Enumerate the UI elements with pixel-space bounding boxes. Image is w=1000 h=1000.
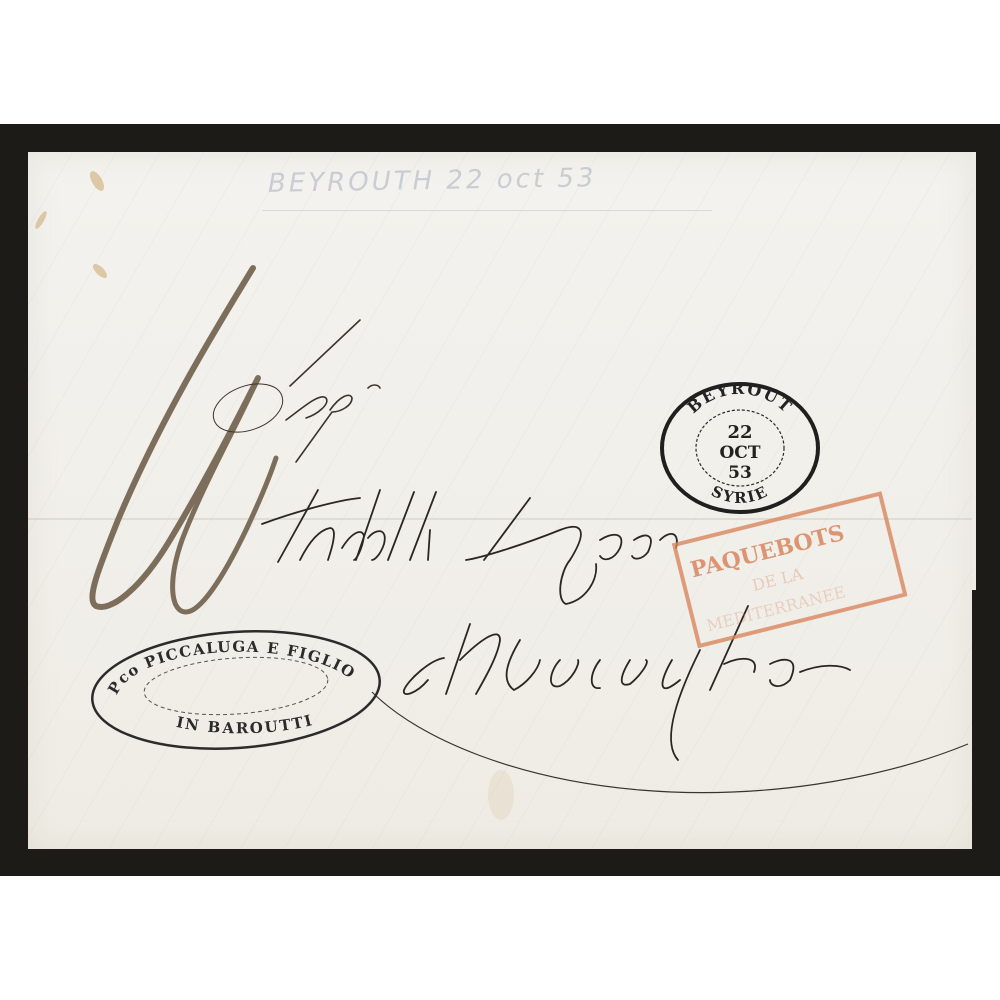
paquebots-boxed-stamp: PAQUEBOTS DE LA MEDITERRANEE xyxy=(668,478,908,648)
city-text: Marsiglia xyxy=(0,0,1,1)
salutation-text: Sig.ri xyxy=(0,0,1,1)
oval-stamp-top-text: Pco PICCALUGA E FIGLIO xyxy=(104,638,359,698)
boxed-stamp-line2: DE LA xyxy=(750,564,805,595)
oval-stamp-bottom-text: IN BAROUTTI xyxy=(175,711,316,737)
datestamp-day: 22 xyxy=(727,422,752,443)
cover-fold-edge xyxy=(972,152,976,590)
pencil-underline xyxy=(262,210,712,211)
rate-marking-text: 10 xyxy=(0,0,1,1)
addressee-text: Fratelli Zocca xyxy=(0,0,1,1)
merchant-oval-handstamp: Pco PICCALUGA E FIGLIO IN BAROUTTI xyxy=(86,624,386,756)
svg-text:Pco PICCALUGA E FIGLIO: Pco PICCALUGA E FIGLIO xyxy=(104,638,359,698)
svg-text:BEYROUT: BEYROUT xyxy=(683,379,796,417)
pencil-notation: BEYROUTH 22 oct 53 xyxy=(268,163,597,199)
datestamp-month: OCT xyxy=(720,443,761,463)
datestamp-town: BEYROUT xyxy=(683,379,796,417)
scan-page: BEYROUTH 22 oct 53 xyxy=(0,0,1000,1000)
foxing-stain xyxy=(488,770,514,820)
svg-text:IN BAROUTTI: IN BAROUTTI xyxy=(175,711,316,737)
